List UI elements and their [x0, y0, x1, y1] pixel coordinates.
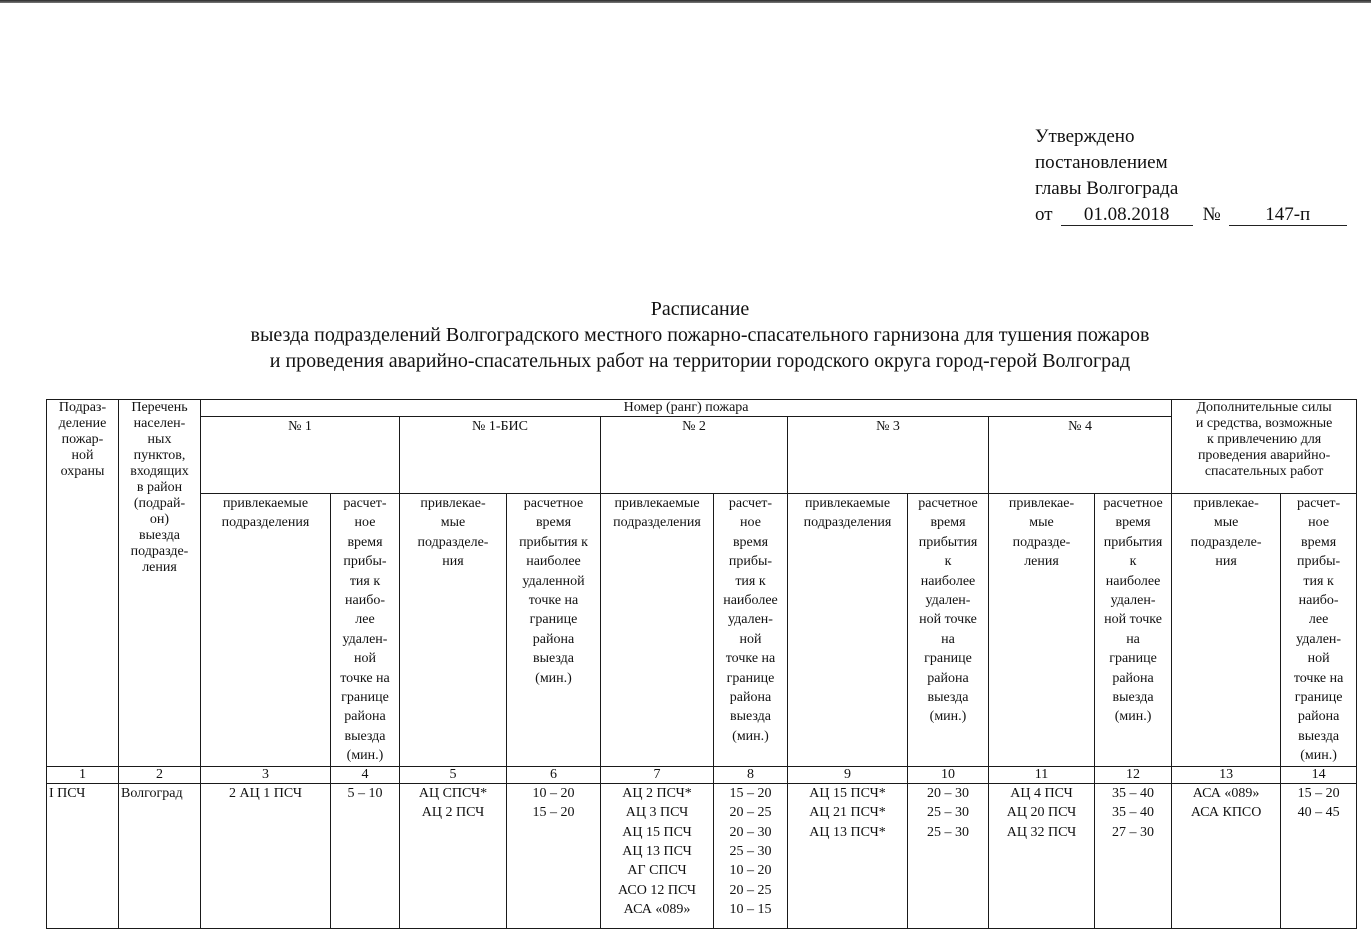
- text-line: ния: [1174, 552, 1278, 571]
- text-line: расчет-: [716, 494, 785, 513]
- text-line: ной точке: [910, 610, 986, 629]
- text-line: выезда: [333, 727, 397, 746]
- cell-extra-times: 15 – 2040 – 45: [1281, 783, 1357, 928]
- text-line: выезда: [1097, 688, 1169, 707]
- approval-line-3: главы Волгограда: [1035, 176, 1347, 202]
- text-line: мые: [402, 513, 504, 532]
- text-line: 20 – 25: [716, 803, 785, 822]
- sub-header-col-14: расчет-ноевремяприбы-тия кнаибо-лееудале…: [1281, 494, 1357, 767]
- text-line: точке на: [333, 669, 397, 688]
- text-line: 40 – 45: [1283, 803, 1354, 822]
- text-line: привлекае-: [1174, 494, 1278, 513]
- text-line: расчетное: [910, 494, 986, 513]
- text-line: ления: [121, 560, 198, 576]
- text-line: точке на: [716, 649, 785, 668]
- text-line: 15 – 20: [716, 784, 785, 803]
- column-number: 6: [507, 766, 601, 783]
- text-line: 5 – 10: [333, 784, 397, 803]
- text-line: ной точке: [1097, 610, 1169, 629]
- header-rank-1: № 1: [201, 417, 400, 494]
- text-line: наибо-: [333, 591, 397, 610]
- text-line: АЦ СПСЧ*: [402, 784, 504, 803]
- cell-rank3-units: АЦ 15 ПСЧ*АЦ 21 ПСЧ*АЦ 13 ПСЧ*: [788, 783, 908, 928]
- text-line: района: [1097, 669, 1169, 688]
- text-line: подразделе-: [402, 533, 504, 552]
- column-number: 14: [1281, 766, 1357, 783]
- text-line: границе: [509, 610, 598, 629]
- text-line: тия к: [333, 572, 397, 591]
- schedule-table: Подраз-делениепожар-нойохраны Переченьна…: [46, 399, 1357, 929]
- text-line: границе: [910, 649, 986, 668]
- text-line: района: [716, 688, 785, 707]
- text-line: расчетное: [1097, 494, 1169, 513]
- header-localities: Переченьнаселен-ныхпунктов,входящихв рай…: [119, 400, 201, 767]
- text-line: границе: [333, 688, 397, 707]
- number-label: №: [1203, 204, 1221, 225]
- approval-line-2: постановлением: [1035, 150, 1347, 176]
- text-line: АЦ 4 ПСЧ: [991, 784, 1092, 803]
- cell-rank1bis-times: 10 – 2015 – 20: [507, 783, 601, 928]
- approval-number: 147-п: [1229, 205, 1347, 226]
- text-line: точке на: [509, 591, 598, 610]
- text-line: (мин.): [910, 707, 986, 726]
- text-line: 15 – 20: [509, 803, 598, 822]
- text-line: наиболее: [509, 552, 598, 571]
- text-line: 2 АЦ 1 ПСЧ: [203, 784, 328, 803]
- text-line: АСА «089»: [1174, 784, 1278, 803]
- text-line: 10 – 15: [716, 900, 785, 919]
- text-line: ления: [991, 552, 1092, 571]
- text-line: АЦ 21 ПСЧ*: [790, 803, 905, 822]
- text-line: привлекае-: [991, 494, 1092, 513]
- column-number: 3: [201, 766, 331, 783]
- text-line: мые: [1174, 513, 1278, 532]
- text-line: 25 – 30: [910, 823, 986, 842]
- text-line: наиболее: [716, 591, 785, 610]
- text-line: Перечень: [121, 400, 198, 416]
- header-fire-unit: Подраз-делениепожар-нойохраны: [47, 400, 119, 767]
- text-line: мые: [991, 513, 1092, 532]
- text-line: время: [1283, 533, 1354, 552]
- text-line: к: [910, 552, 986, 571]
- scan-edge: [0, 0, 1371, 3]
- text-line: удаленной: [509, 572, 598, 591]
- text-line: 20 – 30: [716, 823, 785, 842]
- approval-line-1: Утверждено: [1035, 124, 1347, 150]
- text-line: 20 – 30: [910, 784, 986, 803]
- text-line: 15 – 20: [1283, 784, 1354, 803]
- text-line: лее: [333, 610, 397, 629]
- text-line: АЦ 13 ПСЧ: [603, 842, 711, 861]
- text-line: 35 – 40: [1097, 803, 1169, 822]
- text-line: подразделения: [790, 513, 905, 532]
- text-line: ной: [716, 630, 785, 649]
- text-line: расчетное: [509, 494, 598, 513]
- document-title: Расписание выезда подразделений Волгогра…: [150, 296, 1250, 374]
- text-line: выезда: [716, 707, 785, 726]
- text-line: прибытия: [1097, 533, 1169, 552]
- text-line: тия к: [716, 572, 785, 591]
- header-extra-forces: Дополнительные силыи средства, возможные…: [1172, 400, 1357, 494]
- text-line: на: [1097, 630, 1169, 649]
- approval-date: 01.08.2018: [1061, 205, 1193, 226]
- text-line: прибы-: [1283, 552, 1354, 571]
- text-line: пожар-: [49, 432, 116, 448]
- text-line: выезда: [509, 649, 598, 668]
- text-line: время: [910, 513, 986, 532]
- text-line: ния: [402, 552, 504, 571]
- sub-header-col-12: расчетноевремяприбытиякнаиболееудален-но…: [1095, 494, 1172, 767]
- text-line: (мин.): [509, 669, 598, 688]
- text-line: Подраз-: [49, 400, 116, 416]
- cell-rank1-times: 5 – 10: [331, 783, 400, 928]
- text-line: время: [716, 533, 785, 552]
- text-line: населен-: [121, 416, 198, 432]
- cell-rank4-times: 35 – 4035 – 4027 – 30: [1095, 783, 1172, 928]
- sub-header-col-5: привлекае-мыеподразделе-ния: [400, 494, 507, 767]
- header-rank-1-bis: № 1-БИС: [400, 417, 601, 494]
- text-line: ной: [333, 649, 397, 668]
- text-line: ной: [1283, 649, 1354, 668]
- sub-header-col-9: привлекаемыеподразделения: [788, 494, 908, 767]
- text-line: наиболее: [910, 572, 986, 591]
- text-line: района: [509, 630, 598, 649]
- text-line: привлекае-: [402, 494, 504, 513]
- text-line: привлекаемые: [603, 494, 711, 513]
- text-line: 20 – 25: [716, 881, 785, 900]
- text-line: ной: [49, 448, 116, 464]
- column-number: 2: [119, 766, 201, 783]
- sub-header-col-3: привлекаемыеподразделения: [201, 494, 331, 767]
- text-line: границе: [1283, 688, 1354, 707]
- text-line: 27 – 30: [1097, 823, 1169, 842]
- sub-header-col-10: расчетноевремяприбытиякнаиболееудален-но…: [908, 494, 989, 767]
- text-line: границе: [716, 669, 785, 688]
- text-line: 25 – 30: [716, 842, 785, 861]
- text-line: (мин.): [716, 727, 785, 746]
- cell-rank2-units: АЦ 2 ПСЧ*АЦ 3 ПСЧАЦ 15 ПСЧАЦ 13 ПСЧАГ СП…: [601, 783, 714, 928]
- column-number: 7: [601, 766, 714, 783]
- title-line-3: и проведения аварийно-спасательных работ…: [150, 348, 1250, 374]
- text-line: наибо-: [1283, 591, 1354, 610]
- text-line: АСА КПСО: [1174, 803, 1278, 822]
- text-line: охраны: [49, 464, 116, 480]
- text-line: АСА «089»: [603, 900, 711, 919]
- text-line: подразде-: [121, 544, 198, 560]
- column-number: 10: [908, 766, 989, 783]
- text-line: АЦ 15 ПСЧ: [603, 823, 711, 842]
- text-line: Дополнительные силы: [1174, 400, 1354, 416]
- text-line: подразделе-: [1174, 533, 1278, 552]
- text-line: и средства, возможные: [1174, 416, 1354, 432]
- sub-header-col-6: расчетноевремяприбытия кнаиболееудаленно…: [507, 494, 601, 767]
- text-line: 10 – 20: [509, 784, 598, 803]
- text-line: удален-: [1097, 591, 1169, 610]
- header-rank-3: № 3: [788, 417, 989, 494]
- column-number: 8: [714, 766, 788, 783]
- cell-rank1bis-units: АЦ СПСЧ*АЦ 2 ПСЧ: [400, 783, 507, 928]
- text-line: к: [1097, 552, 1169, 571]
- cell-rank2-times: 15 – 2020 – 2520 – 3025 – 3010 – 2020 – …: [714, 783, 788, 928]
- text-line: проведения аварийно-: [1174, 448, 1354, 464]
- text-line: удален-: [716, 610, 785, 629]
- text-line: спасательных работ: [1174, 464, 1354, 480]
- text-line: подразделения: [603, 513, 711, 532]
- text-line: АЦ 2 ПСЧ*: [603, 784, 711, 803]
- text-line: к привлечению для: [1174, 432, 1354, 448]
- text-line: района: [910, 669, 986, 688]
- text-line: время: [333, 533, 397, 552]
- text-line: АЦ 13 ПСЧ*: [790, 823, 905, 842]
- text-line: удален-: [1283, 630, 1354, 649]
- cell-rank1-units: 2 АЦ 1 ПСЧ: [201, 783, 331, 928]
- text-line: пунктов,: [121, 448, 198, 464]
- text-line: точке на: [1283, 669, 1354, 688]
- column-number: 5: [400, 766, 507, 783]
- cell-unit: I ПСЧ: [47, 783, 119, 928]
- text-line: подразде-: [991, 533, 1092, 552]
- text-line: время: [509, 513, 598, 532]
- title-line-2: выезда подразделений Волгоградского мест…: [150, 322, 1250, 348]
- text-line: на: [910, 630, 986, 649]
- title-line-1: Расписание: [150, 296, 1250, 322]
- text-line: прибы-: [333, 552, 397, 571]
- text-line: (мин.): [333, 746, 397, 765]
- column-number: 11: [989, 766, 1095, 783]
- cell-extra-units: АСА «089»АСА КПСО: [1172, 783, 1281, 928]
- text-line: АЦ 15 ПСЧ*: [790, 784, 905, 803]
- header-rank-4: № 4: [989, 417, 1172, 494]
- text-line: удален-: [333, 630, 397, 649]
- sub-header-col-4: расчет-ноевремяприбы-тия кнаибо-лееудале…: [331, 494, 400, 767]
- text-line: наиболее: [1097, 572, 1169, 591]
- cell-rank4-units: АЦ 4 ПСЧАЦ 20 ПСЧАЦ 32 ПСЧ: [989, 783, 1095, 928]
- approval-date-line: от01.08.2018№147-п: [1035, 202, 1347, 228]
- sub-header-col-8: расчет-ноевремяприбы-тия кнаиболееудален…: [714, 494, 788, 767]
- text-line: 10 – 20: [716, 861, 785, 880]
- text-line: 35 – 40: [1097, 784, 1169, 803]
- text-line: прибытия к: [509, 533, 598, 552]
- text-line: выезда: [910, 688, 986, 707]
- text-line: лее: [1283, 610, 1354, 629]
- approval-stamp: Утверждено постановлением главы Волгогра…: [1035, 124, 1347, 228]
- text-line: подразделения: [203, 513, 328, 532]
- cell-locality: Волгоград: [119, 783, 201, 928]
- text-line: прибытия: [910, 533, 986, 552]
- text-line: АЦ 20 ПСЧ: [991, 803, 1092, 822]
- text-line: расчет-: [333, 494, 397, 513]
- text-line: АЦ 32 ПСЧ: [991, 823, 1092, 842]
- text-line: в район: [121, 480, 198, 496]
- header-rank-2: № 2: [601, 417, 788, 494]
- text-line: 25 – 30: [910, 803, 986, 822]
- sub-header-col-11: привлекае-мыеподразде-ления: [989, 494, 1095, 767]
- column-number: 12: [1095, 766, 1172, 783]
- text-line: границе: [1097, 649, 1169, 668]
- text-line: (мин.): [1283, 746, 1354, 765]
- text-line: расчет-: [1283, 494, 1354, 513]
- text-line: ное: [716, 513, 785, 532]
- column-number: 13: [1172, 766, 1281, 783]
- text-line: входящих: [121, 464, 198, 480]
- text-line: (подрай-: [121, 496, 198, 512]
- text-line: АГ СПСЧ: [603, 861, 711, 880]
- text-line: он): [121, 512, 198, 528]
- text-line: (мин.): [1097, 707, 1169, 726]
- text-line: ное: [333, 513, 397, 532]
- table-row: I ПСЧ Волгоград 2 АЦ 1 ПСЧ 5 – 10 АЦ СПС…: [47, 783, 1357, 928]
- text-line: АСО 12 ПСЧ: [603, 881, 711, 900]
- text-line: ное: [1283, 513, 1354, 532]
- text-line: деление: [49, 416, 116, 432]
- column-number: 9: [788, 766, 908, 783]
- text-line: ных: [121, 432, 198, 448]
- column-number: 4: [331, 766, 400, 783]
- text-line: выезда: [1283, 727, 1354, 746]
- from-label: от: [1035, 204, 1053, 225]
- text-line: района: [333, 707, 397, 726]
- text-line: прибы-: [716, 552, 785, 571]
- text-line: тия к: [1283, 572, 1354, 591]
- text-line: привлекаемые: [790, 494, 905, 513]
- text-line: района: [1283, 707, 1354, 726]
- text-line: АЦ 3 ПСЧ: [603, 803, 711, 822]
- sub-header-col-13: привлекае-мыеподразделе-ния: [1172, 494, 1281, 767]
- header-rank-group: Номер (ранг) пожара: [201, 400, 1172, 417]
- sub-header-col-7: привлекаемыеподразделения: [601, 494, 714, 767]
- text-line: привлекаемые: [203, 494, 328, 513]
- cell-rank3-times: 20 – 3025 – 3025 – 30: [908, 783, 989, 928]
- text-line: выезда: [121, 528, 198, 544]
- text-line: время: [1097, 513, 1169, 532]
- text-line: удален-: [910, 591, 986, 610]
- column-number: 1: [47, 766, 119, 783]
- text-line: АЦ 2 ПСЧ: [402, 803, 504, 822]
